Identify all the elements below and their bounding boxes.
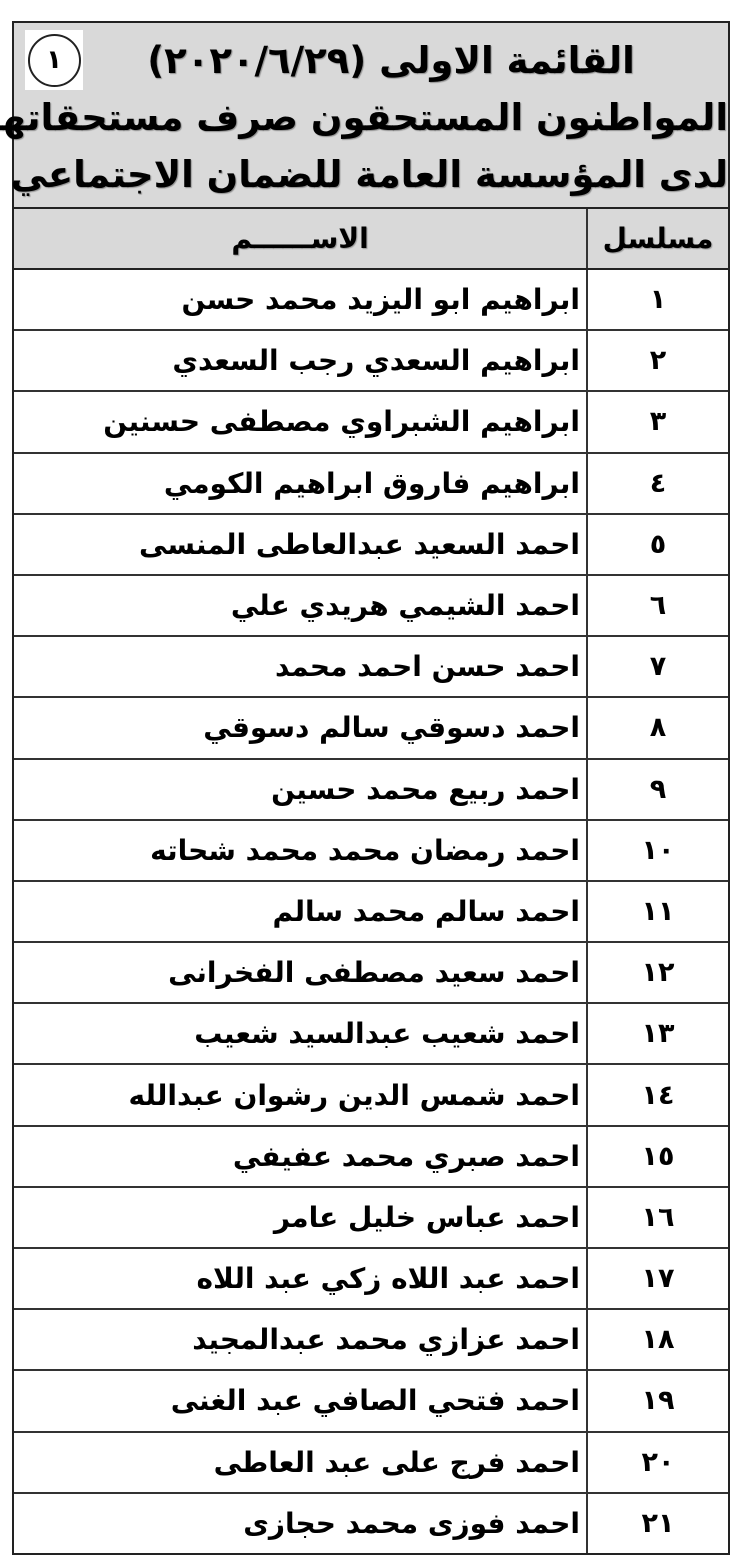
serial-cell: ٢ xyxy=(586,331,728,390)
name-cell: ابراهيم ابو اليزيد محمد حسن xyxy=(14,270,586,329)
badge-number: ١ xyxy=(46,47,62,73)
table-row: ٦ احمد الشيمي هريدي علي xyxy=(14,576,728,637)
serial-cell: ١٤ xyxy=(586,1065,728,1124)
serial-cell: ٥ xyxy=(586,515,728,574)
table-row: ١٩ احمد فتحي الصافي عبد الغنى xyxy=(14,1371,728,1432)
serial-cell: ١٠ xyxy=(586,821,728,880)
name-cell: احمد صبري محمد عفيفي xyxy=(14,1127,586,1186)
name-cell: احمد ربيع محمد حسين xyxy=(14,760,586,819)
table-row: ١٢ احمد سعيد مصطفى الفخرانى xyxy=(14,943,728,1004)
name-cell: احمد عبد اللاه زكي عبد اللاه xyxy=(14,1249,586,1308)
table-row: ٥ احمد السعيد عبدالعاطى المنسى xyxy=(14,515,728,576)
name-cell: احمد عباس خليل عامر xyxy=(14,1188,586,1247)
name-cell: احمد فتحي الصافي عبد الغنى xyxy=(14,1371,586,1430)
serial-cell: ١٦ xyxy=(586,1188,728,1247)
table-row: ٣ ابراهيم الشبراوي مصطفى حسنين xyxy=(14,392,728,453)
table-row: ٢ ابراهيم السعدي رجب السعدي xyxy=(14,331,728,392)
name-cell: احمد حسن احمد محمد xyxy=(14,637,586,696)
table-row: ١٧ احمد عبد اللاه زكي عبد اللاه xyxy=(14,1249,728,1310)
name-cell: احمد رمضان محمد محمد شحاته xyxy=(14,821,586,880)
table-body: ١ ابراهيم ابو اليزيد محمد حسن ٢ ابراهيم … xyxy=(14,270,728,1553)
column-header-name: الاســــــم xyxy=(14,209,586,268)
serial-cell: ٢٠ xyxy=(586,1433,728,1492)
beneficiaries-table: ١ القائمة الاولى (٢٠٢٠/٦/٢٩) المواطنون ا… xyxy=(12,21,730,1555)
table-row: ١٠ احمد رمضان محمد محمد شحاته xyxy=(14,821,728,882)
title-line-beneficiaries: المواطنون المستحقون صرف مستحقاتهم xyxy=(14,89,728,146)
table-row: ٨ احمد دسوقي سالم دسوقي xyxy=(14,698,728,759)
name-cell: احمد سعيد مصطفى الفخرانى xyxy=(14,943,586,1002)
serial-cell: ٤ xyxy=(586,454,728,513)
table-row: ٩ احمد ربيع محمد حسين xyxy=(14,760,728,821)
name-cell: احمد شعيب عبدالسيد شعيب xyxy=(14,1004,586,1063)
table-row: ٤ ابراهيم فاروق ابراهيم الكومي xyxy=(14,454,728,515)
name-cell: احمد فوزى محمد حجازى xyxy=(14,1494,586,1553)
serial-cell: ١١ xyxy=(586,882,728,941)
column-header-serial: مسلسل xyxy=(586,209,728,268)
name-cell: احمد فرج على عبد العاطى xyxy=(14,1433,586,1492)
serial-cell: ٦ xyxy=(586,576,728,635)
name-cell: احمد سالم محمد سالم xyxy=(14,882,586,941)
table-row: ٢٠ احمد فرج على عبد العاطى xyxy=(14,1433,728,1494)
name-cell: ابراهيم فاروق ابراهيم الكومي xyxy=(14,454,586,513)
table-row: ١٤ احمد شمس الدين رشوان عبدالله xyxy=(14,1065,728,1126)
serial-cell: ٧ xyxy=(586,637,728,696)
serial-cell: ١ xyxy=(586,270,728,329)
serial-cell: ١٥ xyxy=(586,1127,728,1186)
serial-cell: ١٨ xyxy=(586,1310,728,1369)
serial-cell: ١٧ xyxy=(586,1249,728,1308)
serial-cell: ٨ xyxy=(586,698,728,757)
name-cell: احمد دسوقي سالم دسوقي xyxy=(14,698,586,757)
circle-number-icon: ١ xyxy=(28,34,81,87)
serial-cell: ٢١ xyxy=(586,1494,728,1553)
serial-cell: ١٩ xyxy=(586,1371,728,1430)
name-cell: ابراهيم السعدي رجب السعدي xyxy=(14,331,586,390)
serial-cell: ١٣ xyxy=(586,1004,728,1063)
name-cell: ابراهيم الشبراوي مصطفى حسنين xyxy=(14,392,586,451)
list-number-badge: ١ xyxy=(25,30,83,90)
name-cell: احمد شمس الدين رشوان عبدالله xyxy=(14,1065,586,1124)
table-row: ٢١ احمد فوزى محمد حجازى xyxy=(14,1494,728,1553)
name-cell: احمد السعيد عبدالعاطى المنسى xyxy=(14,515,586,574)
table-row: ١٣ احمد شعيب عبدالسيد شعيب xyxy=(14,1004,728,1065)
title-line-institution: لدى المؤسسة العامة للضمان الاجتماعي xyxy=(14,146,728,203)
title-box: ١ القائمة الاولى (٢٠٢٠/٦/٢٩) المواطنون ا… xyxy=(14,23,728,209)
title-line-list-date: القائمة الاولى (٢٠٢٠/٦/٢٩) xyxy=(14,32,728,89)
table-row: ١ ابراهيم ابو اليزيد محمد حسن xyxy=(14,270,728,331)
serial-cell: ١٢ xyxy=(586,943,728,1002)
table-row: ١٨ احمد عزازي محمد عبدالمجيد xyxy=(14,1310,728,1371)
serial-cell: ٩ xyxy=(586,760,728,819)
table-row: ١٦ احمد عباس خليل عامر xyxy=(14,1188,728,1249)
table-header-row: مسلسل الاســــــم xyxy=(14,209,728,270)
serial-cell: ٣ xyxy=(586,392,728,451)
table-row: ١١ احمد سالم محمد سالم xyxy=(14,882,728,943)
name-cell: احمد عزازي محمد عبدالمجيد xyxy=(14,1310,586,1369)
name-cell: احمد الشيمي هريدي علي xyxy=(14,576,586,635)
table-row: ١٥ احمد صبري محمد عفيفي xyxy=(14,1127,728,1188)
table-row: ٧ احمد حسن احمد محمد xyxy=(14,637,728,698)
